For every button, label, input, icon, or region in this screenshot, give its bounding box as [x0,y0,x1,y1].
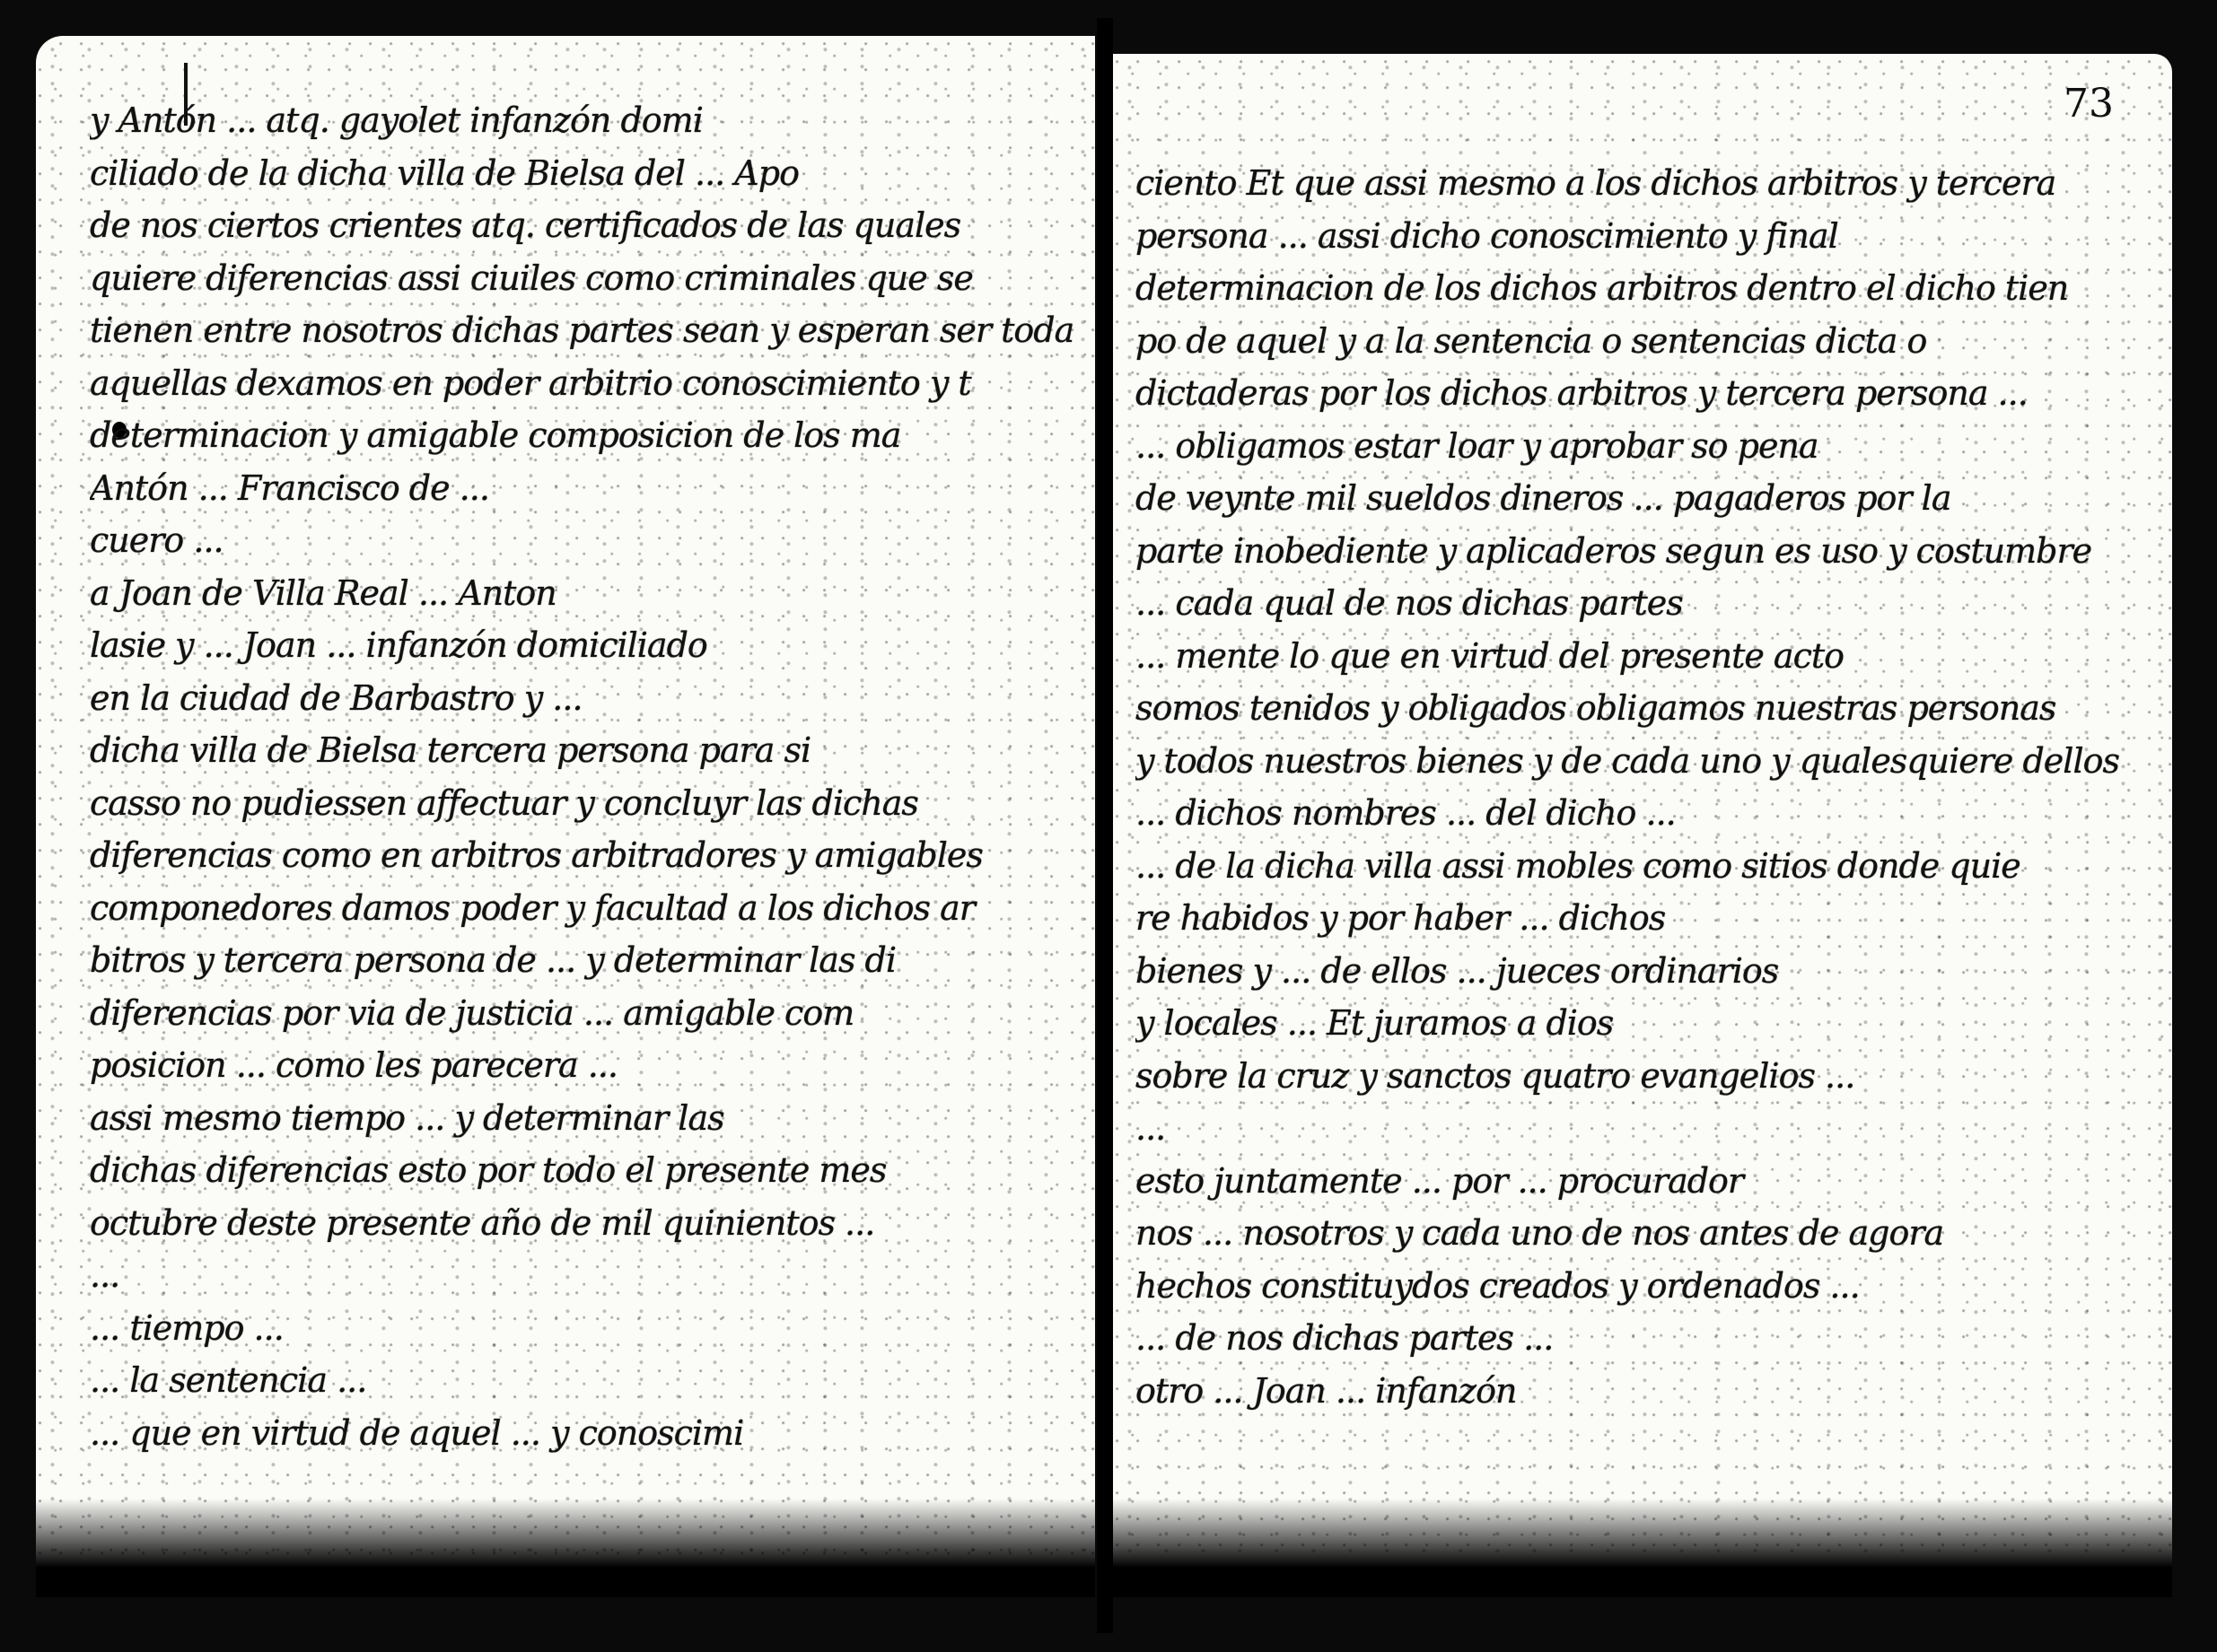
manuscript-line: tienen entre nosotros dichas partes sean… [90,304,1077,357]
right-page-text: ciento Et que assi mesmo a los dichos ar… [1135,157,2154,1417]
manuscript-line: ... [90,1249,1077,1302]
manuscript-line: posicion ... como les parecera ... [90,1039,1077,1092]
manuscript-line: bienes y ... de ellos ... jueces ordinar… [1135,945,2154,998]
manuscript-line: parte inobediente y aplicaderos segun es… [1135,525,2154,578]
manuscript-line: ... dichos nombres ... del dicho ... [1135,787,2154,840]
manuscript-line: somos tenidos y obligados obligamos nues… [1135,682,2154,735]
manuscript-line: a Joan de Villa Real ... Anton [90,567,1077,620]
manuscript-line: en la ciudad de Barbastro y ... [90,672,1077,725]
manuscript-line: po de aquel y a la sentencia o sentencia… [1135,315,2154,368]
manuscript-line: ... cada qual de nos dichas partes [1135,577,2154,630]
left-page: y Antón ... atq. gayolet infanzón domici… [36,36,1095,1597]
manuscript-line: cuero ... [90,514,1077,567]
manuscript-line: ... que en virtud de aquel ... y conosci… [90,1407,1077,1460]
manuscript-line: persona ... assi dicho conoscimiento y f… [1135,210,2154,263]
manuscript-line: y Antón ... atq. gayolet infanzón domi [90,94,1077,147]
page-edge-shadow [1113,1499,2172,1597]
manuscript-line: diferencias como en arbitros arbitradore… [90,829,1077,882]
manuscript-line: aquellas dexamos en poder arbitrio conos… [90,357,1077,410]
manuscript-line: ... [1135,1102,2154,1155]
manuscript-line: octubre deste presente año de mil quinie… [90,1197,1077,1250]
manuscript-line: ... mente lo que en virtud del presente … [1135,630,2154,683]
page-edge-shadow [36,1499,1095,1597]
manuscript-scan: y Antón ... atq. gayolet infanzón domici… [0,0,2217,1652]
manuscript-line: ... de nos dichas partes ... [1135,1312,2154,1365]
manuscript-line: dictaderas por los dichos arbitros y ter… [1135,367,2154,420]
manuscript-line: re habidos y por haber ... dichos [1135,892,2154,945]
page-number: 73 [2064,81,2114,127]
manuscript-line: Antón ... Francisco de ... [90,462,1077,515]
manuscript-line: bitros y tercera persona de ... y determ… [90,934,1077,987]
manuscript-line: determinacion y amigable composicion de … [90,409,1077,462]
manuscript-line: ... tiempo ... [90,1302,1077,1355]
manuscript-line: ... de la dicha villa assi mobles como s… [1135,840,2154,893]
manuscript-line: casso no pudiessen affectuar y concluyr … [90,777,1077,830]
manuscript-line: lasie y ... Joan ... infanzón domiciliad… [90,619,1077,672]
manuscript-line: sobre la cruz y sanctos quatro evangelio… [1135,1050,2154,1103]
manuscript-line: de nos ciertos crientes atq. certificado… [90,199,1077,252]
manuscript-line: ... la sentencia ... [90,1354,1077,1407]
book-spine [1097,18,1113,1633]
manuscript-line: determinacion de los dichos arbitros den… [1135,262,2154,315]
manuscript-line: ... obligamos estar loar y aprobar so pe… [1135,420,2154,473]
manuscript-line: y todos nuestros bienes y de cada uno y … [1135,735,2154,788]
manuscript-line: componedores damos poder y facultad a lo… [90,882,1077,935]
manuscript-line: ciliado de la dicha villa de Bielsa del … [90,147,1077,200]
manuscript-line: esto juntamente ... por ... procurador [1135,1155,2154,1208]
manuscript-line: otro ... Joan ... infanzón [1135,1365,2154,1418]
manuscript-line: de veynte mil sueldos dineros ... pagade… [1135,472,2154,525]
manuscript-line: ciento Et que assi mesmo a los dichos ar… [1135,157,2154,210]
manuscript-line: nos ... nosotros y cada uno de nos antes… [1135,1207,2154,1260]
manuscript-line: assi mesmo tiempo ... y determinar las [90,1092,1077,1145]
manuscript-line: dichas diferencias esto por todo el pres… [90,1144,1077,1197]
right-page: 73 ciento Et que assi mesmo a los dichos… [1113,54,2172,1597]
manuscript-line: hechos constituydos creados y ordenados … [1135,1260,2154,1313]
manuscript-line: y locales ... Et juramos a dios [1135,997,2154,1050]
manuscript-line: diferencias por via de justicia ... amig… [90,987,1077,1040]
manuscript-line: dicha villa de Bielsa tercera persona pa… [90,724,1077,777]
left-page-text: y Antón ... atq. gayolet infanzón domici… [90,94,1077,1459]
manuscript-line: quiere diferencias assi ciuiles como cri… [90,252,1077,305]
